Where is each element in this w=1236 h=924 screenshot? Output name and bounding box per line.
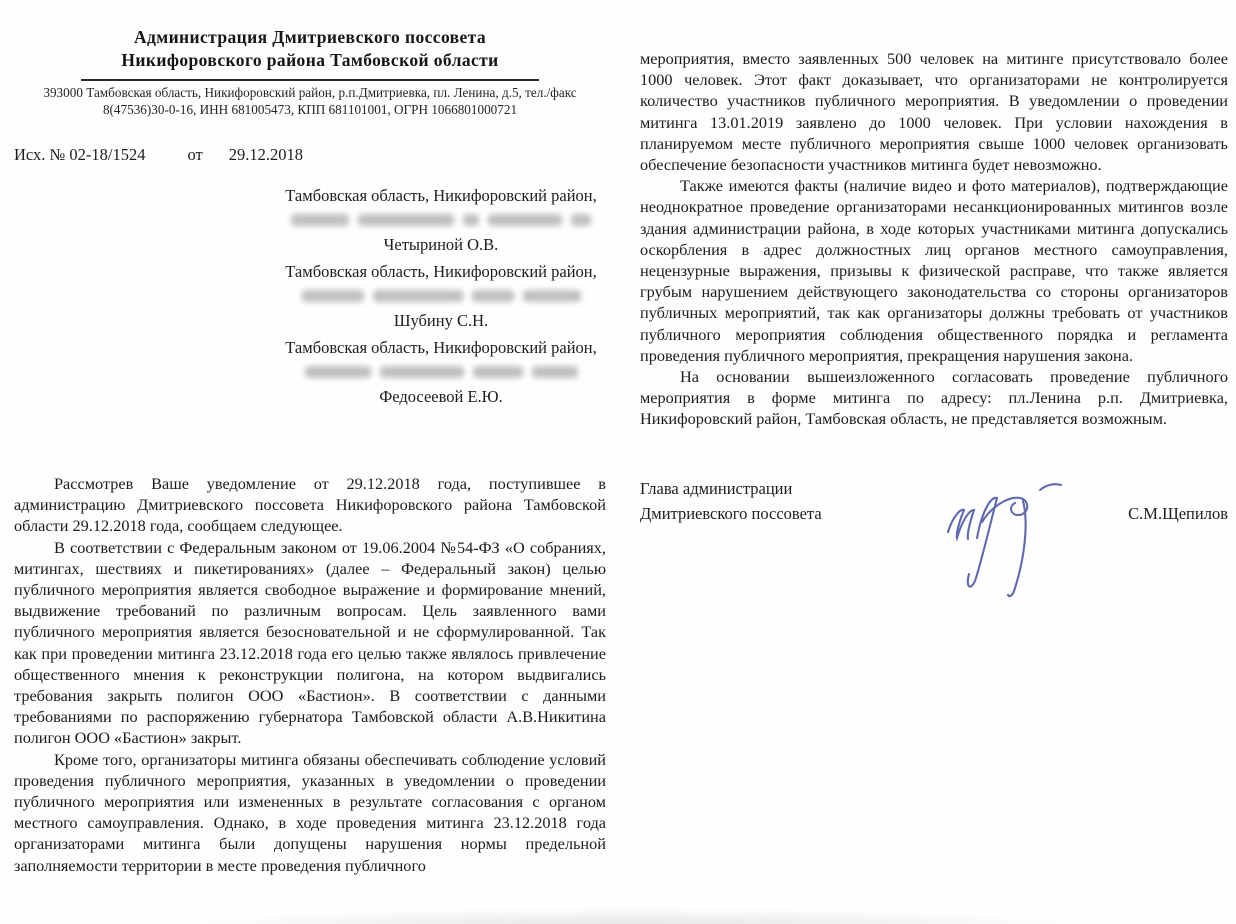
org-address-line2: 8(47536)30-0-16, ИНН 681005473, КПП 6811… bbox=[14, 101, 606, 118]
recipient-1-name: Четыриной О.В. bbox=[276, 233, 606, 257]
paragraph-federal-law: В соответствии с Федеральным законом от … bbox=[14, 537, 606, 749]
signer-position-line2: Дмитриевского поссовета bbox=[640, 501, 822, 526]
recipient-1-region: Тамбовская область, Никифоровский район, bbox=[276, 184, 606, 208]
letterhead-divider bbox=[81, 79, 539, 81]
letterhead: Администрация Дмитриевского поссовета Ни… bbox=[14, 0, 606, 118]
paragraph-review: Рассмотрев Ваше уведомление от 29.12.201… bbox=[14, 473, 606, 537]
outgoing-reference: Исх. № 02-18/1524от29.12.2018 bbox=[14, 145, 606, 165]
signer-position: Глава администрации Дмитриевского поссов… bbox=[640, 476, 822, 526]
recipient-3-name: Федосеевой Е.Ю. bbox=[276, 385, 606, 409]
org-name-line1: Администрация Дмитриевского поссовета bbox=[14, 26, 606, 49]
reference-date: 29.12.2018 bbox=[229, 145, 303, 164]
signer-position-line1: Глава администрации bbox=[640, 476, 822, 501]
paragraph-organizer-duties: Кроме того, организаторы митинга обязаны… bbox=[14, 749, 606, 876]
recipient-3: Тамбовская область, Никифоровский район,… bbox=[276, 336, 606, 409]
paragraph-attendance-violation: мероприятия, вместо заявленных 500 челов… bbox=[640, 48, 1228, 175]
signer-name: С.М.Щепилов bbox=[1128, 501, 1228, 526]
letter-body-left: Рассмотрев Ваше уведомление от 29.12.201… bbox=[14, 473, 606, 876]
recipient-2: Тамбовская область, Никифоровский район,… bbox=[276, 260, 606, 333]
outgoing-number: Исх. № 02-18/1524 bbox=[14, 145, 145, 164]
recipient-3-redacted-address bbox=[280, 366, 602, 378]
left-column: Администрация Дмитриевского поссовета Ни… bbox=[14, 0, 606, 876]
scan-edge-shadow bbox=[173, 908, 1088, 924]
org-name-line2: Никифоровского района Тамбовской области bbox=[14, 49, 606, 72]
recipient-2-region: Тамбовская область, Никифоровский район, bbox=[276, 260, 606, 284]
letter-body-right: мероприятия, вместо заявленных 500 челов… bbox=[640, 48, 1228, 430]
recipient-3-region: Тамбовская область, Никифоровский район, bbox=[276, 336, 606, 360]
scanned-letter-page: Администрация Дмитриевского поссовета Ни… bbox=[0, 0, 1236, 924]
recipient-2-name: Шубину С.Н. bbox=[276, 309, 606, 333]
recipients-block: Тамбовская область, Никифоровский район,… bbox=[276, 184, 606, 409]
recipient-1: Тамбовская область, Никифоровский район,… bbox=[276, 184, 606, 257]
paragraph-conclusion-refusal: На основании вышеизложенного согласовать… bbox=[640, 366, 1228, 430]
recipient-2-redacted-address bbox=[280, 290, 602, 302]
paragraph-facts-video: Также имеются факты (наличие видео и фот… bbox=[640, 175, 1228, 366]
right-column: мероприятия, вместо заявленных 500 челов… bbox=[640, 48, 1228, 526]
reference-from-label: от bbox=[187, 145, 202, 164]
handwritten-signature bbox=[920, 458, 1075, 606]
org-address-line1: 393000 Тамбовская область, Никифоровский… bbox=[14, 84, 606, 101]
recipient-1-redacted-address bbox=[280, 214, 602, 226]
